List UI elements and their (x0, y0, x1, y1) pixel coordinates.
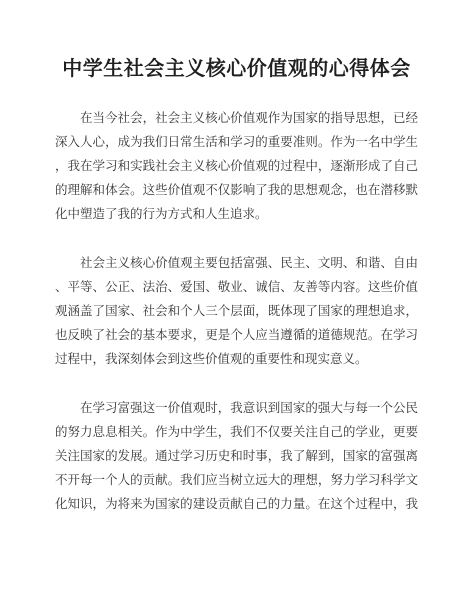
paragraph-line: 在学习富强这一价值观时，我意识到国家的强大与每一个公民 (55, 396, 418, 420)
paragraph-line: 化中塑造了我的行为方式和人生追求。 (55, 202, 418, 226)
paragraph-line: 、平等、公正、法治、爱国、敬业、诚信、友善等内容。这些价值 (55, 275, 418, 299)
paragraph-line: 过程中，我深刻体会到这些价值观的重要性和现实意义。 (55, 347, 418, 371)
document-page: 中学生社会主义核心价值观的心得体会 在当今社会，社会主义核心价值观作为国家的指导… (0, 0, 463, 600)
document-body: 在当今社会，社会主义核心价值观作为国家的指导思想，已经 深入人心，成为我们日常生… (55, 106, 418, 516)
paragraph-line: 的理解和体会。这些价值观不仅影响了我的思想观念，也在潜移默 (55, 178, 418, 202)
paragraph-line: 在当今社会，社会主义核心价值观作为国家的指导思想，已经 (55, 106, 418, 130)
document-title: 中学生社会主义核心价值观的心得体会 (55, 54, 418, 82)
paragraph-line: ，我在学习和实践社会主义核心价值观的过程中，逐渐形成了自己 (55, 154, 418, 178)
paragraph-line: 关注国家的发展。通过学习历史和时事，我了解到，国家的富强离 (55, 444, 418, 468)
paragraph-line: 观涵盖了国家、社会和个人三个层面，既体现了国家的理想追求， (55, 299, 418, 323)
paragraph-line: 不开每一个人的贡献。我们应当树立远大的理想，努力学习科学文 (55, 468, 418, 492)
paragraph-line: 的努力息息相关。作为中学生，我们不仅要关注自己的学业，更要 (55, 420, 418, 444)
paragraph-3: 在学习富强这一价值观时，我意识到国家的强大与每一个公民 的努力息息相关。作为中学… (55, 396, 418, 516)
paragraph-line: 也反映了社会的基本要求，更是个人应当遵循的道德规范。在学习 (55, 323, 418, 347)
paragraph-2: 社会主义核心价值观主要包括富强、民主、文明、和谐、自由 、平等、公正、法治、爱国… (55, 251, 418, 371)
paragraph-line: 深入人心，成为我们日常生活和学习的重要准则。作为一名中学生 (55, 130, 418, 154)
paragraph-line: 社会主义核心价值观主要包括富强、民主、文明、和谐、自由 (55, 251, 418, 275)
paragraph-line: 化知识，为将来为国家的建设贡献自己的力量。在这个过程中，我 (55, 492, 418, 516)
paragraph-1: 在当今社会，社会主义核心价值观作为国家的指导思想，已经 深入人心，成为我们日常生… (55, 106, 418, 226)
